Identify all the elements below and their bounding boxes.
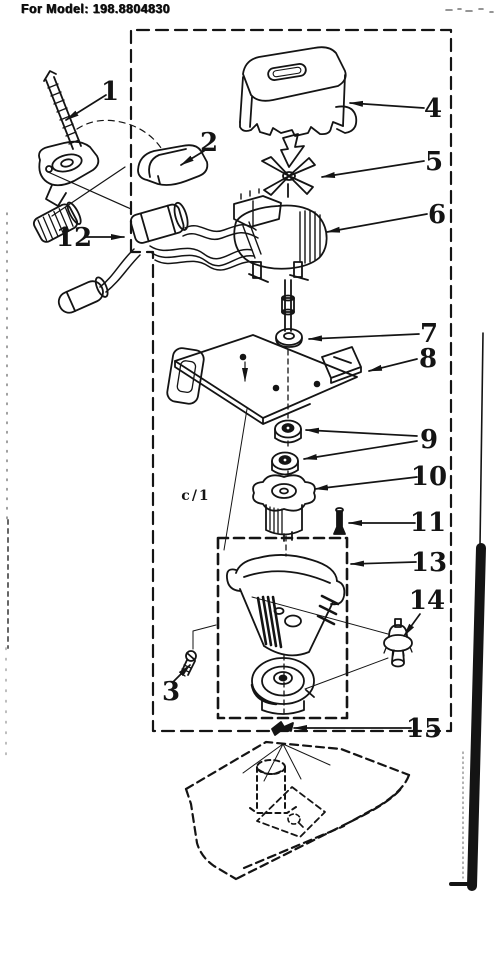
- parts-catalog-page: For Model: 198.8804830: [0, 0, 500, 960]
- exploded-view-arrow: [281, 134, 304, 167]
- exploded-parts-diagram: 1 2 3 4 5 6 7 8 9 10 11 12 13 14 15 c/1: [0, 0, 500, 960]
- washer-drawing: [276, 329, 302, 347]
- part-label-3: 3: [162, 677, 180, 707]
- part-label-5: 5: [425, 147, 443, 177]
- part-label-12: 12: [56, 223, 92, 253]
- assembly-code-label: c/1: [181, 488, 210, 504]
- part-label-8: 8: [419, 344, 437, 374]
- part-label-6: 6: [428, 200, 446, 230]
- float-lever-drawing: [32, 71, 99, 244]
- motor-cover-drawing: [240, 47, 356, 167]
- clip-insulator-drawing: [138, 145, 207, 185]
- part-label-10: 10: [411, 462, 447, 492]
- part-label-15: 15: [406, 714, 442, 744]
- part-label-9: 9: [420, 425, 438, 455]
- part-label-13: 13: [411, 548, 447, 578]
- impeller-drawing: [253, 475, 315, 541]
- inner-dashed-boundary: [218, 538, 347, 718]
- fan-blade-drawing: [262, 157, 315, 197]
- pump-housing-drawing: [227, 555, 344, 714]
- part-label-1: 1: [101, 77, 119, 107]
- part-label-2: 2: [200, 128, 218, 158]
- model-number-label: For Model: 198.8804830: [21, 2, 170, 16]
- motor-drawing: [234, 189, 327, 331]
- bracket-to-pump-line: [224, 409, 247, 550]
- part-label-4: 4: [424, 94, 442, 124]
- base-pan-drawing: [186, 742, 409, 879]
- wire-harness-drawing: [55, 201, 258, 315]
- association-lines: [48, 120, 163, 216]
- part-label-14: 14: [409, 586, 445, 616]
- grommet-pair-drawing: [272, 421, 301, 475]
- pin-drawing: [334, 508, 345, 534]
- mounting-bracket-drawing: [166, 335, 361, 424]
- part-label-11: 11: [410, 508, 446, 538]
